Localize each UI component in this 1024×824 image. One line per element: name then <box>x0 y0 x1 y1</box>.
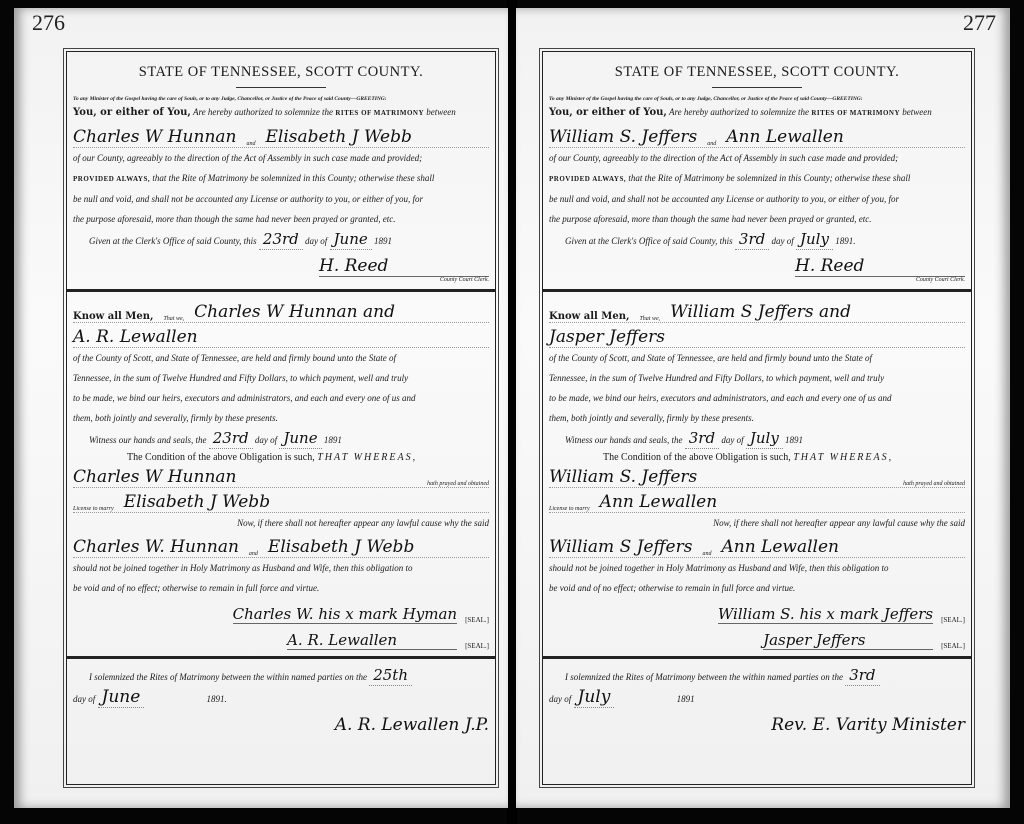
obligor-2: Jasper Jeffers <box>549 327 665 347</box>
license-intro: You, or either of You, Are hereby author… <box>549 102 965 123</box>
form-title: STATE OF TENNESSEE, SCOTT COUNTY. <box>543 64 971 81</box>
given-month: June <box>330 229 372 250</box>
intended-name: Ann Lewallen <box>600 492 718 512</box>
title-rule <box>712 87 802 88</box>
title-rule <box>236 87 326 88</box>
return-month: June <box>98 687 145 708</box>
section-divider <box>67 289 495 292</box>
given-year: 1891 <box>374 236 392 246</box>
signature-row: A. R. Lewallen [SEAL.] <box>73 624 489 650</box>
return-line: I solemnized the Rites of Matrimony betw… <box>89 665 489 687</box>
return-month: July <box>574 687 615 708</box>
seal-label: [SEAL.] <box>465 616 489 624</box>
groom-name: William S. Jeffers <box>549 127 697 147</box>
obligor-1: William S Jeffers and <box>670 302 851 322</box>
license-intro: You, or either of You, Are hereby author… <box>73 102 489 123</box>
obligor-1: Charles W Hunnan and <box>194 302 395 322</box>
seal-label: [SEAL.] <box>941 616 965 624</box>
section-divider <box>543 656 971 659</box>
clerk-signature: H. Reed <box>795 256 965 277</box>
page-left: 276 STATE OF TENNESSEE, SCOTT COUNTY. To… <box>14 8 508 808</box>
groom-name: Charles W Hunnan <box>73 127 236 147</box>
seal-label: [SEAL.] <box>941 642 965 650</box>
seal-label: [SEAL.] <box>465 642 489 650</box>
return-line: I solemnized the Rites of Matrimony betw… <box>565 665 965 687</box>
witness-line: Witness our hands and seals, the 23rd da… <box>89 428 489 450</box>
given-month: July <box>796 229 833 250</box>
page-number: 276 <box>32 10 65 36</box>
signature-row: Jasper Jeffers [SEAL.] <box>549 624 965 650</box>
clerk-label: County Court Clerk. <box>67 277 489 283</box>
given-line: Given at the Clerk's Office of said Coun… <box>89 229 489 251</box>
bride-name: Ann Lewallen <box>726 127 844 147</box>
applicant-name: Charles W Hunnan <box>73 467 236 487</box>
return-day: 25th <box>369 665 412 686</box>
clerk-label: County Court Clerk. <box>543 277 965 283</box>
intro-bold: You, or either of You, <box>73 107 191 118</box>
marriage-record-form: STATE OF TENNESSEE, SCOTT COUNTY. To any… <box>66 51 496 785</box>
condition-line: The Condition of the above Obligation is… <box>127 452 489 463</box>
given-day: 3rd <box>735 229 769 250</box>
signature: A. R. Lewallen <box>287 631 457 650</box>
marriage-record-form: STATE OF TENNESSEE, SCOTT COUNTY. To any… <box>542 51 972 785</box>
signature: Jasper Jeffers <box>763 631 933 650</box>
form-title: STATE OF TENNESSEE, SCOTT COUNTY. <box>67 64 495 81</box>
officiant-signature: A. R. Lewallen J.P. <box>335 715 489 735</box>
given-year: 1891. <box>835 236 855 246</box>
page-right: 277 STATE OF TENNESSEE, SCOTT COUNTY. To… <box>516 8 1010 808</box>
given-line: Given at the Clerk's Office of said Coun… <box>565 229 965 251</box>
page-number: 277 <box>963 10 996 36</box>
intended-name: Elisabeth J Webb <box>124 492 270 512</box>
section-divider <box>67 656 495 659</box>
license-names: Charles W Hunnan and Elisabeth J Webb <box>73 123 489 148</box>
given-day: 23rd <box>259 229 303 250</box>
section-divider <box>543 289 971 292</box>
bond-obligors: Know all Men, That we, Charles W Hunnan … <box>73 298 489 323</box>
bond-obligors: Know all Men, That we, William S Jeffers… <box>549 298 965 323</box>
witness-line: Witness our hands and seals, the 3rd day… <box>565 428 965 450</box>
signature-row: Charles W. his x mark Hyman [SEAL.] <box>73 598 489 624</box>
signature: Charles W. his x mark Hyman <box>233 605 457 624</box>
obligor-2: A. R. Lewallen <box>73 327 198 347</box>
signature: William S. his x mark Jeffers <box>718 605 933 624</box>
bride-name: Elisabeth J Webb <box>265 127 411 147</box>
officiant-signature: Rev. E. Varity Minister <box>771 715 965 735</box>
applicant-name: William S. Jeffers <box>549 467 697 487</box>
clerk-signature: H. Reed <box>319 256 489 277</box>
signature-row: William S. his x mark Jeffers [SEAL.] <box>549 598 965 624</box>
condition-line: The Condition of the above Obligation is… <box>603 452 965 463</box>
license-names: William S. Jeffers and Ann Lewallen <box>549 123 965 148</box>
return-day: 3rd <box>845 665 879 686</box>
